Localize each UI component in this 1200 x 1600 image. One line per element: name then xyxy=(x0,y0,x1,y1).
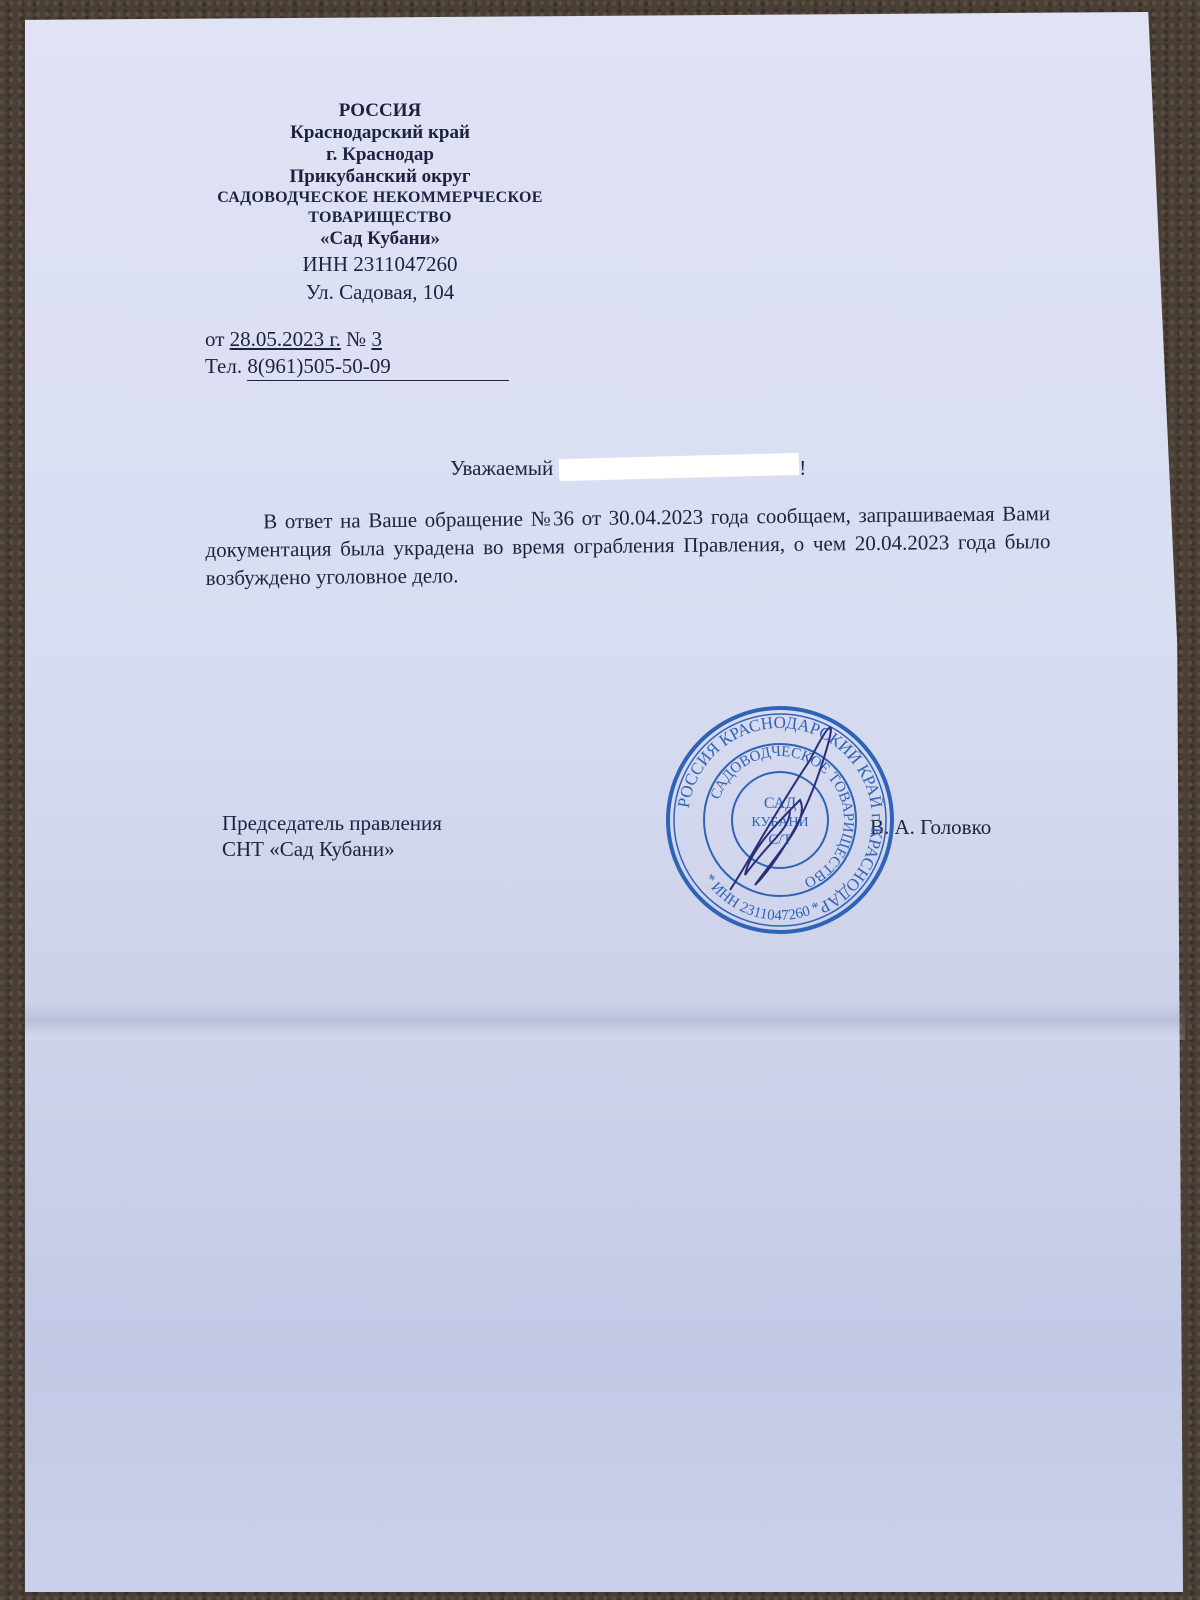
greeting-end: ! xyxy=(799,456,806,480)
region: Краснодарский край xyxy=(180,122,580,144)
letter-meta: от 28.05.2023 г. № 3 Тел. 8(961)505-50-0… xyxy=(205,326,509,381)
letterhead: РОССИЯ Краснодарский край г. Краснодар П… xyxy=(180,100,580,306)
signatory-title: Председатель правления СНТ «Сад Кубани» xyxy=(222,810,442,862)
official-seal-icon: РОССИЯ КРАСНОДАРСКИЙ КРАЙ г. КРАСНОДАР С… xyxy=(660,700,900,940)
redacted-recipient xyxy=(559,453,799,481)
date-line: от 28.05.2023 г. № 3 xyxy=(205,326,509,353)
phone-number: 8(961)505-50-09 xyxy=(247,354,390,378)
salutation: Уважаемый xyxy=(450,456,553,480)
phone-line: Тел. 8(961)505-50-09 xyxy=(205,353,509,381)
org-type-line1: САДОВОДЧЕСКОЕ НЕКОММЕРЧЕСКОЕ xyxy=(180,188,580,208)
org-type-line2: ТОВАРИЩЕСТВО xyxy=(180,208,580,228)
letter-number: 3 xyxy=(371,327,382,351)
date-prefix: от xyxy=(205,327,224,351)
body-paragraph: В ответ на Ваше обращение №36 от 30.04.2… xyxy=(205,499,1051,592)
city: г. Краснодар xyxy=(180,144,580,166)
number-prefix: № xyxy=(346,327,366,351)
inn: ИНН 2311047260 xyxy=(180,250,580,278)
greeting: Уважаемый! xyxy=(450,456,806,481)
signatory-position: Председатель правления xyxy=(222,810,442,836)
district: Прикубанский округ xyxy=(180,166,580,188)
country: РОССИЯ xyxy=(180,100,580,122)
signatory-org: СНТ «Сад Кубани» xyxy=(222,836,442,862)
address: Ул. Садовая, 104 xyxy=(180,278,580,306)
letter-body: В ответ на Ваше обращение №36 от 30.04.2… xyxy=(205,499,1051,592)
org-name: «Сад Кубани» xyxy=(180,228,580,250)
paper-fold xyxy=(25,1000,1185,1040)
phone-prefix: Тел. xyxy=(205,354,242,378)
letter-date: 28.05.2023 г. xyxy=(230,327,341,351)
